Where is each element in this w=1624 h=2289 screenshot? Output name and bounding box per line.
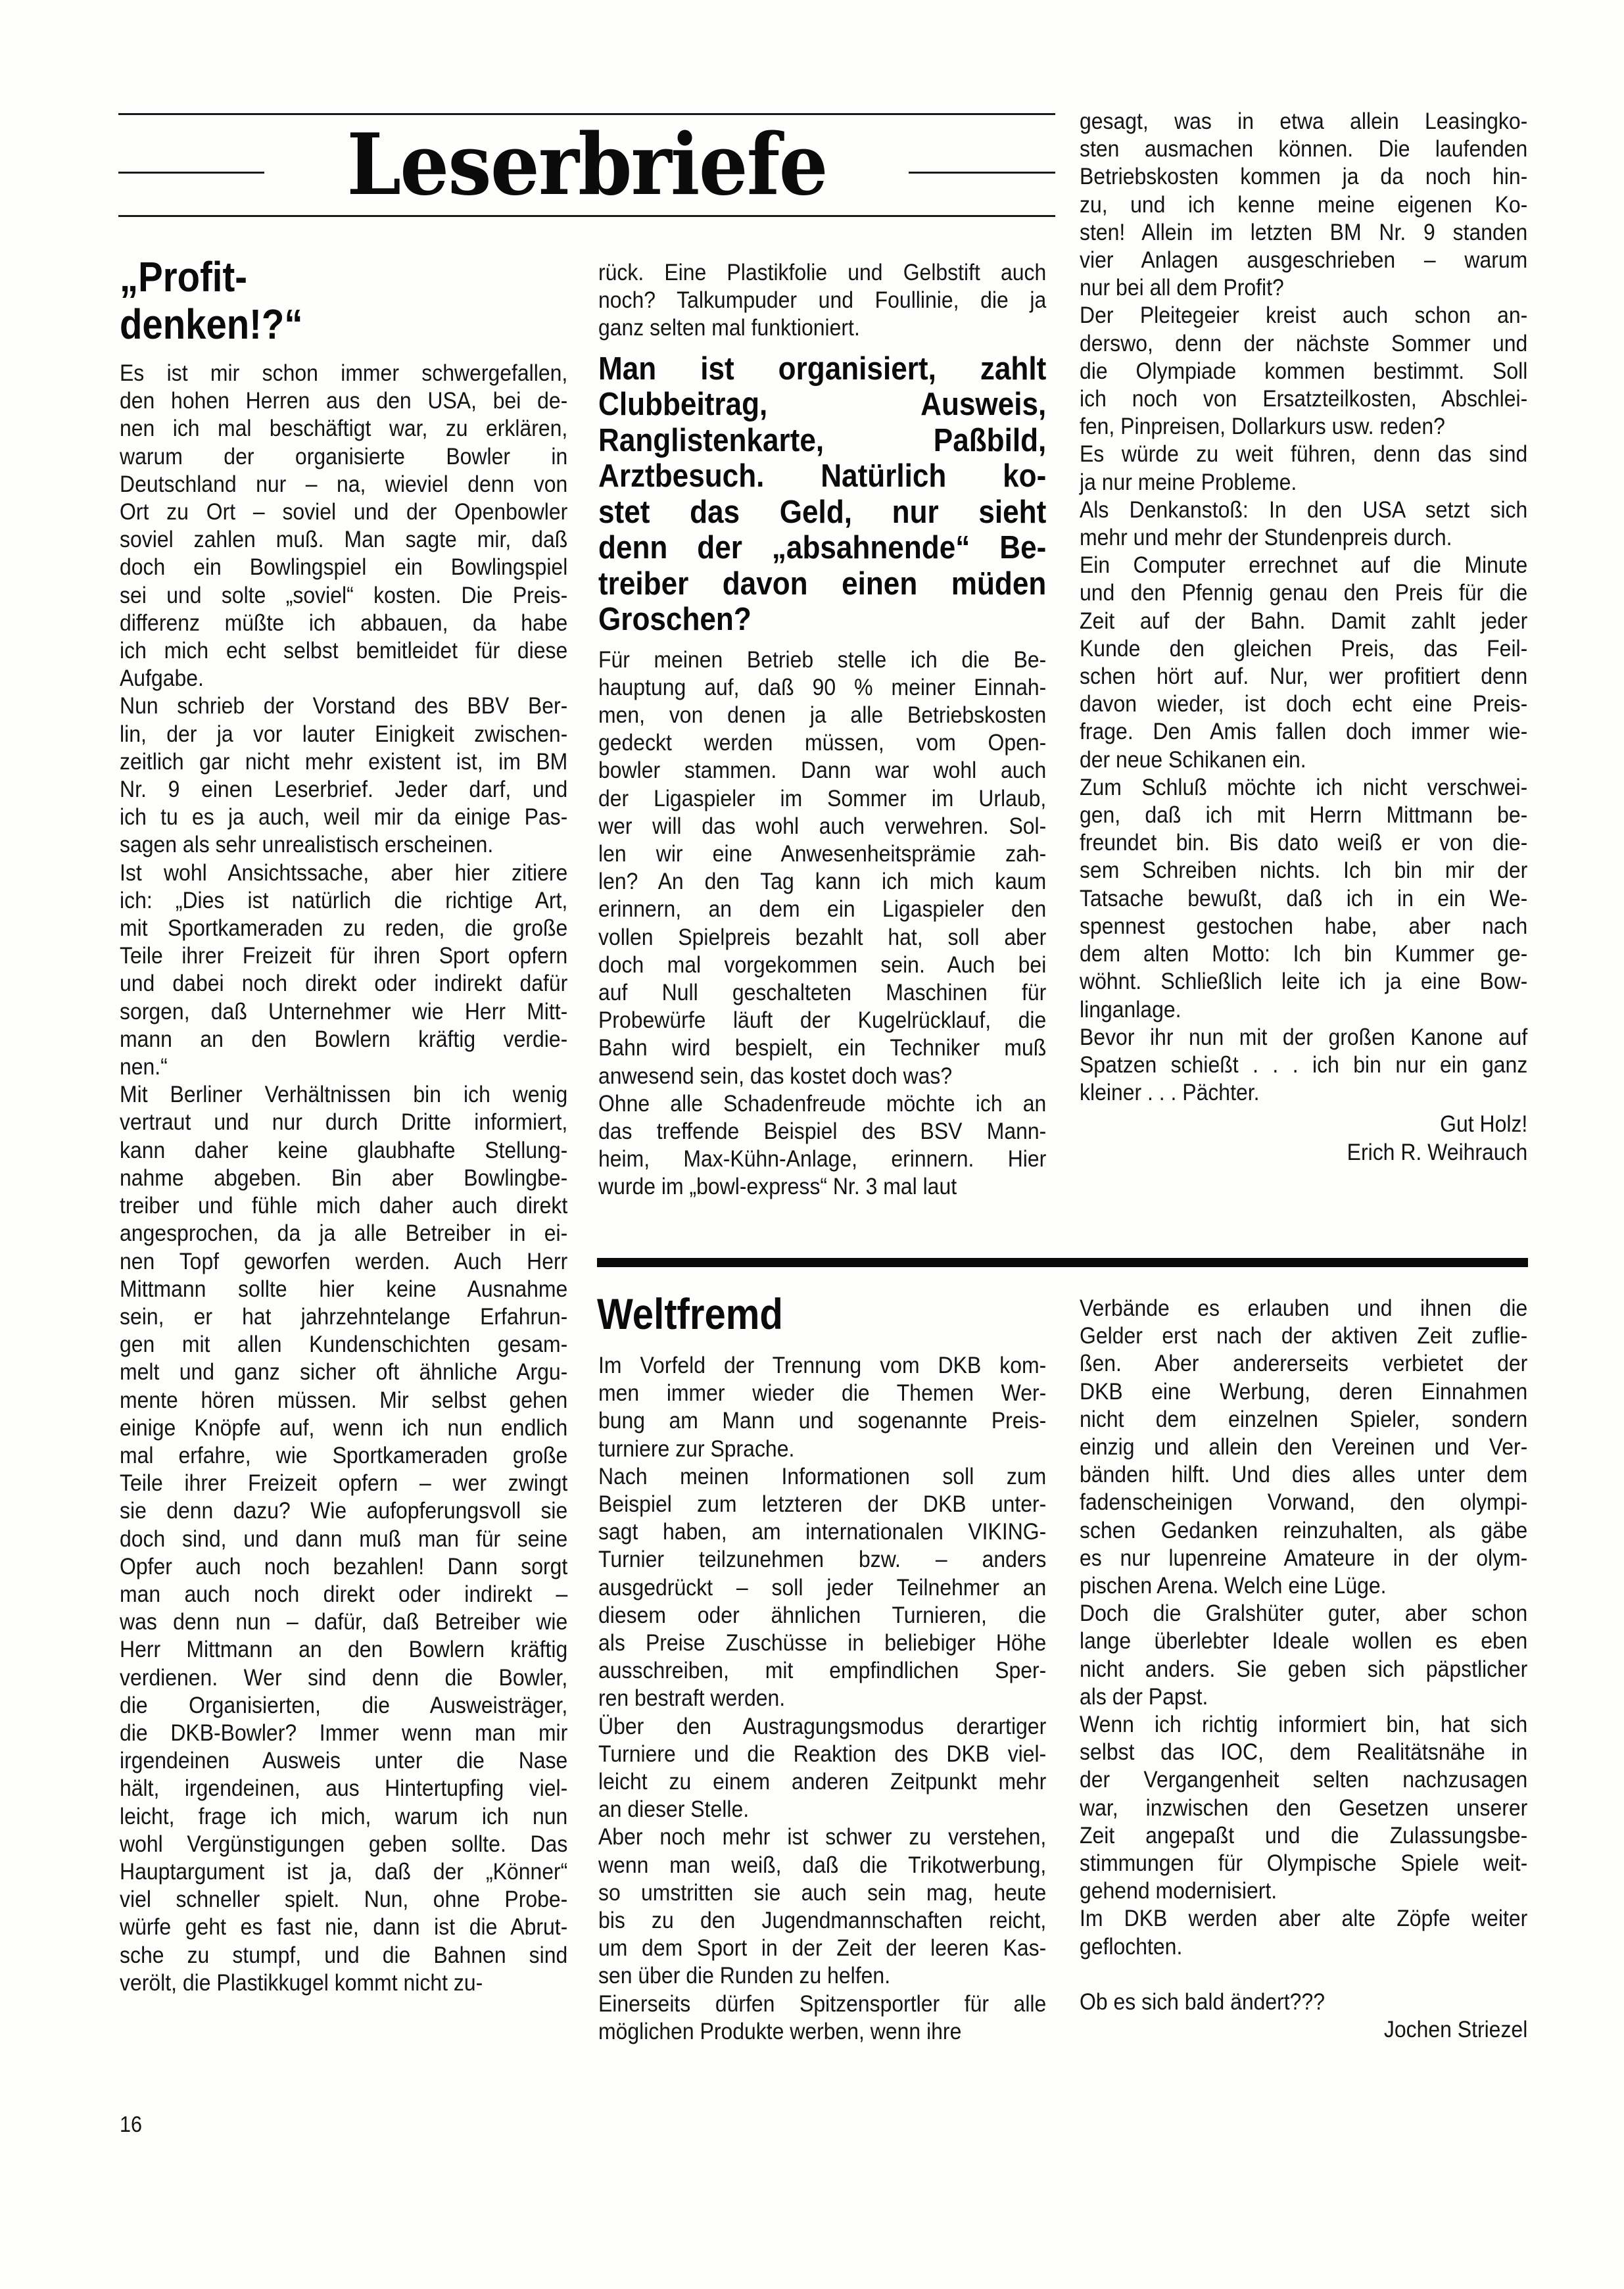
text-line: turniere zur Sprache. [598,1435,1046,1462]
text-line: treiber davon einen müden [598,566,1046,602]
text-line: doch mal vorgekommen sein. Auch bei [598,951,1046,978]
text-line: sein, er hat jahrzehntelange Erfahrun- [120,1303,567,1330]
text-line: Ort zu Ort – soviel und der Openbowler [120,498,567,525]
text-line: Man ist organisiert, zahlt [598,351,1046,387]
text-line: Es würde zu weit führen, denn das sind [1080,440,1527,468]
text-line: Wenn ich richtig informiert bin, hat sic… [1080,1710,1527,1738]
letter1-subheadline: Man ist organisiert, zahltClubbeitrag, A… [598,351,1046,638]
text-line: Turniere und die Reaktion des DKB viel- [598,1740,1046,1768]
text-line: nur bei all dem Profit? [1080,274,1527,301]
text-line: ich noch von Ersatzteilkosten, Abschlei- [1080,385,1527,412]
text-line: nen Topf geworfen werden. Auch Herr [120,1247,567,1275]
text-line: gehend modernisiert. [1080,1877,1527,1904]
text-line: Arztbesuch. Natürlich ko- [598,458,1046,494]
text-line: angesprochen, da ja alle Betreiber in ei… [120,1219,567,1247]
text-line: DKB eine Werbung, deren Einnahmen [1080,1378,1527,1405]
text-line: ren bestraft werden. [598,1684,1046,1712]
text-line: Zeit auf der Bahn. Damit zahlt jeder [1080,607,1527,635]
text-line: man auch noch direkt oder indirekt – [120,1580,567,1608]
text-line: Spatzen schießt . . . ich bin nur ein ga… [1080,1051,1527,1078]
text-line: vollen Spielpreis bezahlt hat, soll aber [598,923,1046,951]
text-line: der neue Schikanen ein. [1080,746,1527,773]
text-line: sagt haben, am internationalen VIKING- [598,1518,1046,1545]
text-line: bowler stammen. Dann war wohl auch [598,756,1046,784]
text-line: Hauptargument ist ja, daß der „Könner“ [120,1858,567,1885]
text-line: Zeit angepaßt und die Zulassungsbe- [1080,1821,1527,1849]
text-line: als der Papst. [1080,1683,1527,1710]
text-line: sche zu stumpf, und die Bahnen sind [120,1941,567,1969]
letter1-column-3: gesagt, was in etwa allein Leasingko-ste… [1080,107,1527,1166]
masthead-top-rule [118,113,1055,115]
text-line: frage. Den Amis fallen doch immer wie- [1080,717,1527,745]
text-line: mal erfahre, wie Sportkameraden große [120,1441,567,1469]
text-line: ausgedrückt – soll jeder Teilnehmer an [598,1574,1046,1601]
text-line: wer will das wohl auch verwehren. Sol- [598,812,1046,840]
text-line: Kunde den gleichen Preis, das Feil- [1080,635,1527,662]
letter1-col2-intro: rück. Eine Plastikfolie und Gelbstift au… [598,258,1046,342]
letter2-question: Ob es sich bald ändert??? [1080,1988,1527,2015]
magazine-page: Leserbriefe „Profit- denken!?“ Es ist mi… [0,0,1624,2289]
text-line: ganz selten mal funktioniert. [598,314,1046,341]
text-line: selbst das IOC, dem Realitätsnähe in [1080,1738,1527,1766]
text-line: Für meinen Betrieb stelle ich die Be- [598,646,1046,673]
section-title: Leserbriefe [156,116,1018,214]
text-line: denn der „absahnende“ Be- [598,530,1046,566]
text-line: spennest gestochen habe, aber nach [1080,912,1527,940]
text-line: Nr. 9 einen Leserbrief. Jeder darf, und [120,775,567,803]
text-line: Tatsache bewußt, daß ich in ein We- [1080,884,1527,912]
text-line: den hohen Herren aus den USA, bei de- [120,387,567,414]
text-line: zeitlich gar nicht mehr existent ist, im… [120,748,567,775]
text-line: sten! Allein im letzten BM Nr. 9 standen [1080,218,1527,246]
text-line: ich mich echt selbst bemitleidet für die… [120,637,567,664]
text-line: irgendeinen Ausweis unter die Nase [120,1747,567,1774]
text-line: zu, und ich kenne meine eigenen Ko- [1080,191,1527,218]
text-line: ich: „Dies ist natürlich die richtige Ar… [120,886,567,914]
text-line: erinnern, an dem ein Ligaspieler den [598,895,1046,923]
masthead-bottom-rule [118,215,1055,217]
text-line: Betriebskosten kommen ja da noch hin- [1080,162,1527,190]
text-line: wohl Vergünstigungen geben sollte. Das [120,1830,567,1858]
text-line: wöhnt. Schließlich leite ich ja eine Bow… [1080,967,1527,995]
text-line: sten ausmachen können. Die laufenden [1080,135,1527,162]
text-line: bänden hilft. Und dies alles unter dem [1080,1460,1527,1488]
text-line: wurde im „bowl-express“ Nr. 3 mal laut [598,1172,1046,1200]
text-line: geflochten. [1080,1933,1527,1960]
text-line: war, inzwischen den Gesetzen unserer [1080,1794,1527,1821]
text-line: kann daher keine glaubhafte Stellung- [120,1136,567,1164]
text-line: hauptung auf, daß 90 % meiner Einnah- [598,673,1046,701]
section-divider [597,1258,1528,1267]
text-line: nahme abgeben. Bin aber Bowlingbe- [120,1164,567,1192]
page-number: 16 [120,2112,142,2138]
letter1-col3-body: gesagt, was in etwa allein Leasingko-ste… [1080,107,1527,1106]
text-line: Opfer auch noch bezahlen! Dann sorgt [120,1553,567,1580]
text-line: die Olympiade kommen bestimmt. Soll [1080,357,1527,385]
text-line: Doch die Gralshüter guter, aber schon [1080,1599,1527,1627]
text-line: hält, irgendeinen, aus Hintertupfing vie… [120,1774,567,1802]
letter1-column-1: Es ist mir schon immer schwergefallen,de… [120,359,567,1996]
text-line: ich tu es ja auch, weil mir da einige Pa… [120,803,567,831]
text-line: würfe geht es fast nie, dann ist die Abr… [120,1913,567,1940]
text-line: Ohne alle Schadenfreude möchte ich an [598,1090,1046,1117]
letter2-headline: Weltfremd [597,1290,783,1337]
text-line: sie denn dazu? Wie aufopferungsvoll sie [120,1497,567,1524]
text-line: gen mit allen Kundenschichten gesam- [120,1330,567,1358]
text-line: um dem Sport in der Zeit der leeren Kas- [598,1934,1046,1962]
text-line: an dieser Stelle. [598,1795,1046,1823]
text-line: sorgen, daß Unternehmer wie Herr Mitt- [120,998,567,1025]
letter2-spacer [1080,1960,1527,1988]
text-line: Verbände es erlauben und ihnen die [1080,1294,1527,1322]
text-line: vier Anlagen ausgeschrieben – warum [1080,246,1527,274]
text-line: verdienen. Wer sind denn die Bowler, [120,1664,567,1691]
text-line: Probewürfe läuft der Kugelrücklauf, die [598,1006,1046,1034]
text-line: Clubbeitrag, Ausweis, [598,387,1046,423]
text-line: diesem oder ähnlichen Turnieren, die [598,1601,1046,1629]
text-line: mann an den Bowlern kräftig verdie- [120,1025,567,1053]
text-line: Über den Austragungsmodus derartiger [598,1712,1046,1740]
text-line: gedeckt werden müssen, vom Open- [598,729,1046,756]
text-line: so umstritten sie auch sein mag, heute [598,1879,1046,1906]
text-line: stimmungen für Olympische Spiele weit- [1080,1849,1527,1877]
text-line: mehr und mehr der Stundenpreis durch. [1080,523,1527,551]
letter1-col2-body: Für meinen Betrieb stelle ich die Be-hau… [598,646,1046,1201]
letter1-closing: Gut Holz! [1080,1110,1527,1138]
text-line: was denn nun – dafür, daß Betreiber wie [120,1608,567,1635]
letter1-author: Erich R. Weihrauch [1080,1138,1527,1166]
text-line: Im Vorfeld der Trennung vom DKB kom- [598,1351,1046,1379]
text-line: schen hört auf. Nur, wer profitiert denn [1080,662,1527,690]
text-line: anwesend sein, das kostet doch was? [598,1062,1046,1090]
text-line: Teile ihrer Freizeit opfern – wer zwingt [120,1469,567,1497]
text-line: noch? Talkumpuder und Foullinie, die ja [598,286,1046,314]
text-line: treiber und fühle mich daher auch direkt [120,1192,567,1219]
text-line: schen Gedanken reinzuhalten, als gäbe [1080,1516,1527,1544]
text-line: fadenscheinigen Vorwand, den olympi- [1080,1488,1527,1516]
text-line: fen, Pinpreisen, Dollarkurs usw. reden? [1080,412,1527,440]
text-line: nen ich mal beschäftigt war, zu erklären… [120,414,567,442]
text-line: soviel zahlen muß. Man sagte mir, daß [120,525,567,553]
text-line: und den Pfennig genau den Preis für die [1080,579,1527,606]
text-line: als Preise Zuschüsse in beliebiger Höhe [598,1629,1046,1656]
text-line: warum der organisierte Bowler in [120,443,567,470]
text-line: das treffende Beispiel des BSV Mann- [598,1117,1046,1145]
text-line: Als Denkanstoß: In den USA setzt sich [1080,496,1527,523]
text-line: leicht zu einem anderen Zeitpunkt mehr [598,1768,1046,1795]
text-line: mente hören müssen. Mir selbst gehen [120,1386,567,1414]
text-line: Zum Schluß möchte ich nicht verschwei- [1080,773,1527,801]
text-line: men immer wieder die Themen Wer- [598,1379,1046,1407]
text-line: Nach meinen Informationen soll zum [598,1462,1046,1490]
text-line: derswo, denn der nächste Sommer und [1080,329,1527,357]
text-line: und dabei noch direkt oder indirekt dafü… [120,969,567,997]
text-line: freundet bin. Bis dato weiß er von die- [1080,829,1527,856]
text-line: gen, daß ich mit Herrn Mittmann be- [1080,801,1527,829]
text-line: pischen Arena. Welch eine Lüge. [1080,1572,1527,1599]
text-line: rück. Eine Plastikfolie und Gelbstift au… [598,258,1046,286]
text-line: Es ist mir schon immer schwergefallen, [120,359,567,387]
text-line: ja nur meine Probleme. [1080,468,1527,496]
letter2-column-2: Im Vorfeld der Trennung vom DKB kom-men … [598,1351,1046,2045]
text-line: Mit Berliner Verhältnissen bin ich wenig [120,1080,567,1108]
text-line: möglichen Produkte werben, wenn ihre [598,2017,1046,2045]
text-line: dem alten Motto: Ich bin Kummer ge- [1080,940,1527,967]
letter1-headline-line1: „Profit- [120,253,302,301]
text-line: Beispiel zum letzteren der DKB unter- [598,1490,1046,1518]
letter1-headline: „Profit- denken!?“ [120,253,302,348]
text-line: verölt, die Plastikkugel kommt nicht zu- [120,1969,567,1996]
text-line: einzig und allein den Vereinen und Ver- [1080,1433,1527,1460]
letter2-column-3: Verbände es erlauben und ihnen dieGelder… [1080,1294,1527,2043]
letter2-author: Jochen Striezel [1080,2015,1527,2043]
text-line: ausschreiben, mit empfindlichen Sper- [598,1656,1046,1684]
text-line: sagen als sehr unrealistisch erscheinen. [120,831,567,858]
text-line: davon wieder, ist doch echt eine Preis- [1080,690,1527,717]
text-line: sem Schreiben nichts. Ich bin mir der [1080,856,1527,884]
text-line: gesagt, was in etwa allein Leasingko- [1080,107,1527,135]
text-line: Ranglistenkarte, Paßbild, [598,423,1046,459]
text-line: differenz müßte ich abbauen, da habe [120,609,567,637]
text-line: Gelder erst nach der aktiven Zeit zuflie… [1080,1322,1527,1349]
text-line: Deutschland nur – na, wieviel denn von [120,470,567,498]
text-line: Aufgabe. [120,664,567,692]
text-line: nicht dem einzelnen Spieler, sondern [1080,1405,1527,1433]
text-line: Turnier teilzunehmen bzw. – anders [598,1545,1046,1573]
text-line: die DKB-Bowler? Immer wenn man mir [120,1719,567,1747]
text-line: len wir eine Anwesenheitsprämie zah- [598,840,1046,867]
text-line: nicht anders. Sie geben sich päpstlicher [1080,1655,1527,1683]
text-line: Der Pleitegeier kreist auch schon an- [1080,301,1527,329]
text-line: mit Sportkameraden zu reden, die große [120,914,567,942]
text-line: Bevor ihr nun mit der großen Kanone auf [1080,1023,1527,1051]
text-line: doch ein Bowlingspiel ein Bowlingspiel [120,553,567,581]
text-line: Aber noch mehr ist schwer zu verstehen, [598,1823,1046,1850]
text-line: einige Knöpfe auf, wenn ich nun endlich [120,1414,567,1441]
letter1-column-2: rück. Eine Plastikfolie und Gelbstift au… [598,258,1046,1201]
text-line: sei und solte „soviel“ kosten. Die Preis… [120,581,567,609]
text-line: bung am Mann und sogenannte Preis- [598,1407,1046,1434]
text-line: es nur lupenreine Amateure in der olym- [1080,1544,1527,1572]
text-line: der Ligaspieler im Sommer im Urlaub, [598,784,1046,812]
text-line: ßen. Aber andererseits verbietet der [1080,1349,1527,1377]
text-line: Bahn wird bespielt, ein Techniker muß [598,1034,1046,1061]
letter1-headline-line2: denken!?“ [120,301,302,348]
text-line: heim, Max-Kühn-Anlage, erinnern. Hier [598,1145,1046,1172]
text-line: Einerseits dürfen Spitzensportler für al… [598,1990,1046,2017]
text-line: Ein Computer errechnet auf die Minute [1080,551,1527,579]
text-line: stet das Geld, nur sieht [598,494,1046,531]
text-line: len? An den Tag kann ich mich kaum [598,867,1046,895]
text-line: der Vergangenheit selten nachzusagen [1080,1766,1527,1793]
text-line: Teile ihrer Freizeit für ihren Sport opf… [120,942,567,969]
text-line: lin, der ja vor lauter Einigkeit zwische… [120,720,567,748]
text-line: Im DKB werden aber alte Zöpfe weiter [1080,1904,1527,1932]
text-line: doch sind, und dann muß man für seine [120,1525,567,1553]
text-line: kleiner . . . Pächter. [1080,1078,1527,1106]
letter2-col3-body: Verbände es erlauben und ihnen dieGelder… [1080,1294,1527,1960]
text-line: men, von denen ja alle Betriebskosten [598,701,1046,729]
text-line: Ist wohl Ansichtssache, aber hier zitier… [120,859,567,886]
text-line: auf Null geschalteten Maschinen für [598,978,1046,1006]
text-line: viel schneller spielt. Nun, ohne Probe- [120,1885,567,1913]
text-line: Mittmann sollte hier keine Ausnahme [120,1275,567,1303]
text-line: leicht, frage ich mich, warum ich nun [120,1802,567,1830]
text-line: lange überlebter Ideale wollen es eben [1080,1627,1527,1654]
text-line: Groschen? [598,602,1046,638]
text-line: melt und ganz sicher oft ähnliche Argu- [120,1358,567,1385]
text-line: vertraut und nur durch Dritte informiert… [120,1108,567,1136]
text-line: wenn man weiß, daß die Trikotwerbung, [598,1851,1046,1879]
text-line: Nun schrieb der Vorstand des BBV Ber- [120,692,567,719]
text-line: Herr Mittmann an den Bowlern kräftig [120,1635,567,1663]
text-line: bis zu den Jugendmannschaften reicht, [598,1906,1046,1934]
text-line: sen über die Runden zu helfen. [598,1962,1046,1989]
text-line: die Organisierten, die Ausweisträger, [120,1691,567,1719]
text-line: linganlage. [1080,996,1527,1023]
text-line: nen.“ [120,1053,567,1080]
